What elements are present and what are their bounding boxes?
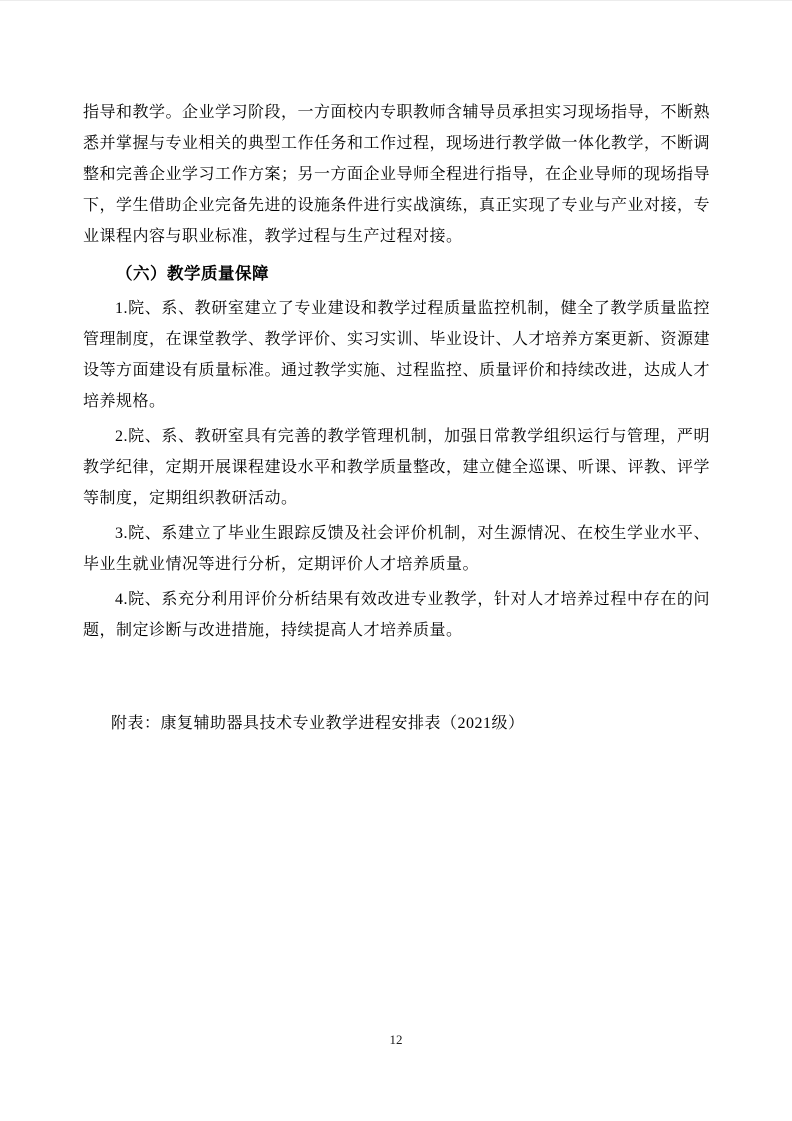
section-heading: （六）教学质量保障 xyxy=(83,256,710,291)
body-paragraph-3: 3.院、系建立了毕业生跟踪反馈及社会评价机制，对生源情况、在校生学业水平、毕业生… xyxy=(83,518,710,580)
page-content: 指导和教学。企业学习阶段，一方面校内专职教师含辅导员承担实习现场指导，不断熟悉并… xyxy=(83,97,710,739)
body-paragraph-1: 1.院、系、教研室建立了专业建设和教学过程质量监控机制，健全了教学质量监控管理制… xyxy=(83,293,710,417)
body-paragraph-2: 2.院、系、教研室具有完善的教学管理机制，加强日常教学组织运行与管理，严明教学纪… xyxy=(83,421,710,514)
page-number: 12 xyxy=(0,1032,792,1048)
body-paragraph-continuation: 指导和教学。企业学习阶段，一方面校内专职教师含辅导员承担实习现场指导，不断熟悉并… xyxy=(83,97,710,252)
document-page: 指导和教学。企业学习阶段，一方面校内专职教师含辅导员承担实习现场指导，不断熟悉并… xyxy=(0,0,792,1121)
body-paragraph-4: 4.院、系充分利用评价分析结果有效改进专业教学，针对人才培养过程中存在的问题，制… xyxy=(83,584,710,646)
appendix-note: 附表：康复辅助器具技术专业教学进程安排表（2021级） xyxy=(83,708,710,739)
